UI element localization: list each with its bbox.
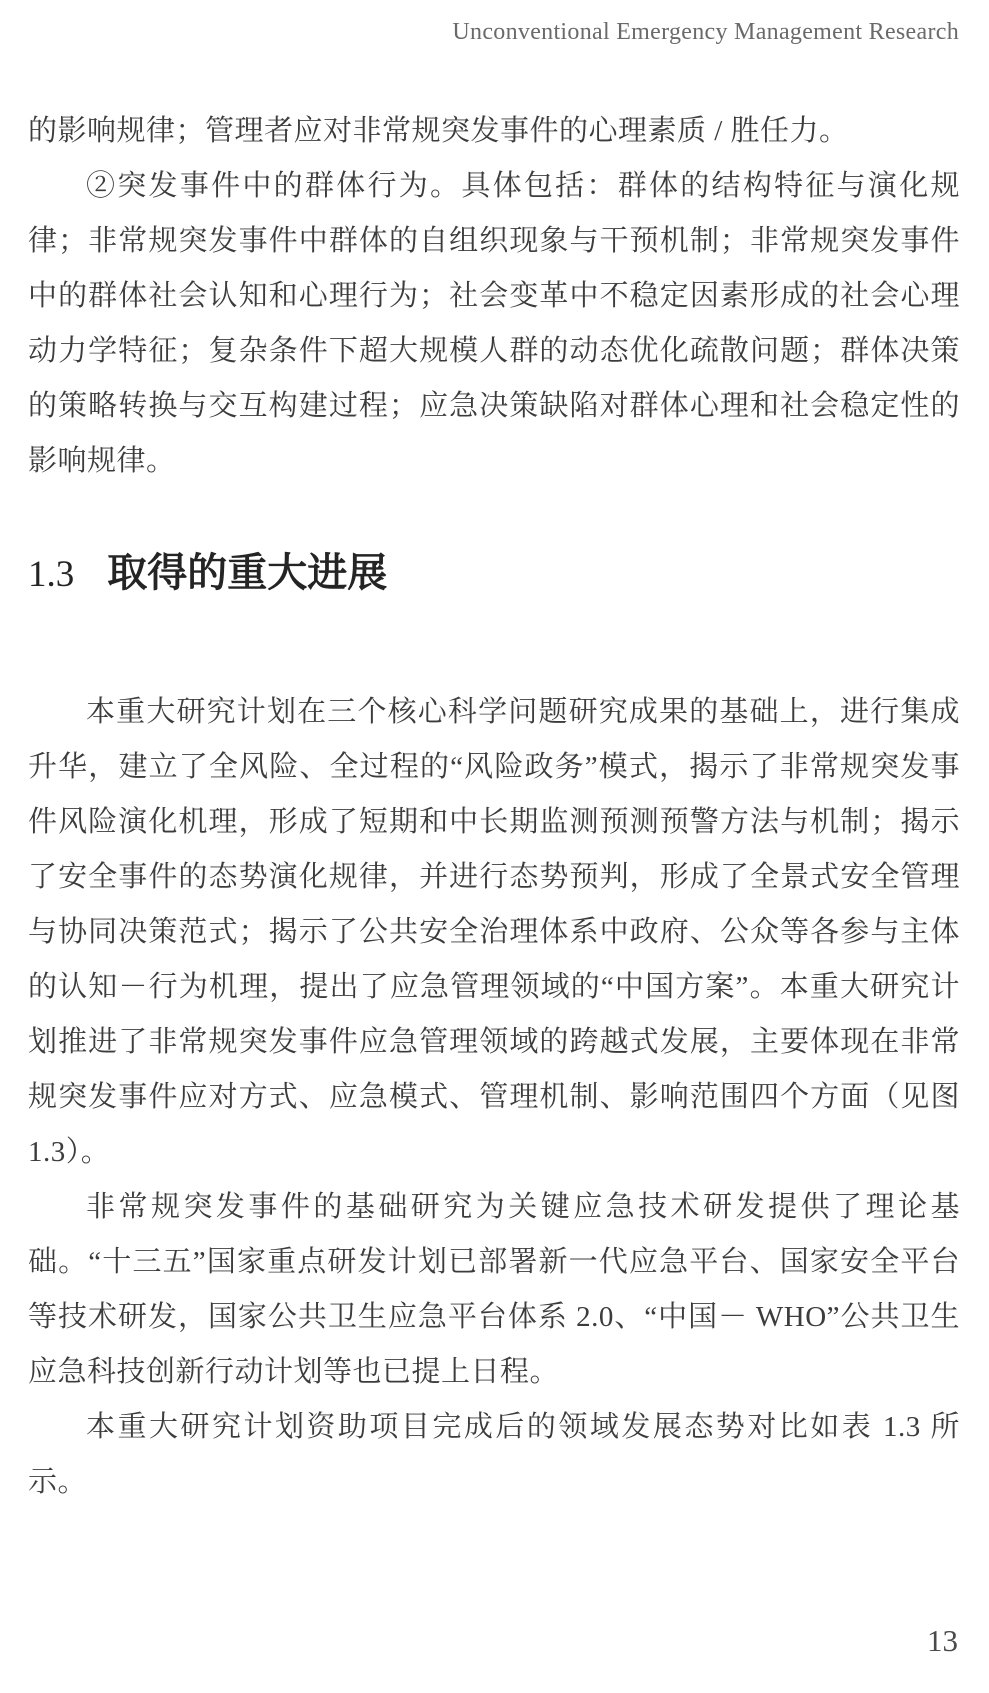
section-title: 取得的重大进展 xyxy=(107,550,387,595)
paragraph-major-progress: 本重大研究计划在三个核心科学问题研究成果的基础上，进行集成升华，建立了全风险、全… xyxy=(28,685,960,1180)
document-page: Unconventional Emergency Management Rese… xyxy=(0,0,989,1693)
paragraph-table-reference: 本重大研究计划资助项目完成后的领域发展态势对比如表 1.3 所示。 xyxy=(28,1400,960,1510)
section-number: 1.3 xyxy=(28,554,74,595)
paragraph-continuation: 的影响规律；管理者应对非常规突发事件的心理素质 / 胜任力。 xyxy=(28,104,960,159)
page-number: 13 xyxy=(927,1623,958,1659)
page-body: 的影响规律；管理者应对非常规突发事件的心理素质 / 胜任力。 ②突发事件中的群体… xyxy=(28,104,960,1510)
running-header: Unconventional Emergency Management Rese… xyxy=(0,0,989,48)
section-heading: 1.3取得的重大进展 xyxy=(28,545,960,607)
paragraph-basic-research: 非常规突发事件的基础研究为关键应急技术研发提供了理论基础。“十三五”国家重点研发… xyxy=(28,1180,960,1400)
paragraph-group-behavior: ②突发事件中的群体行为。具体包括：群体的结构特征与演化规律；非常规突发事件中群体… xyxy=(28,159,960,489)
